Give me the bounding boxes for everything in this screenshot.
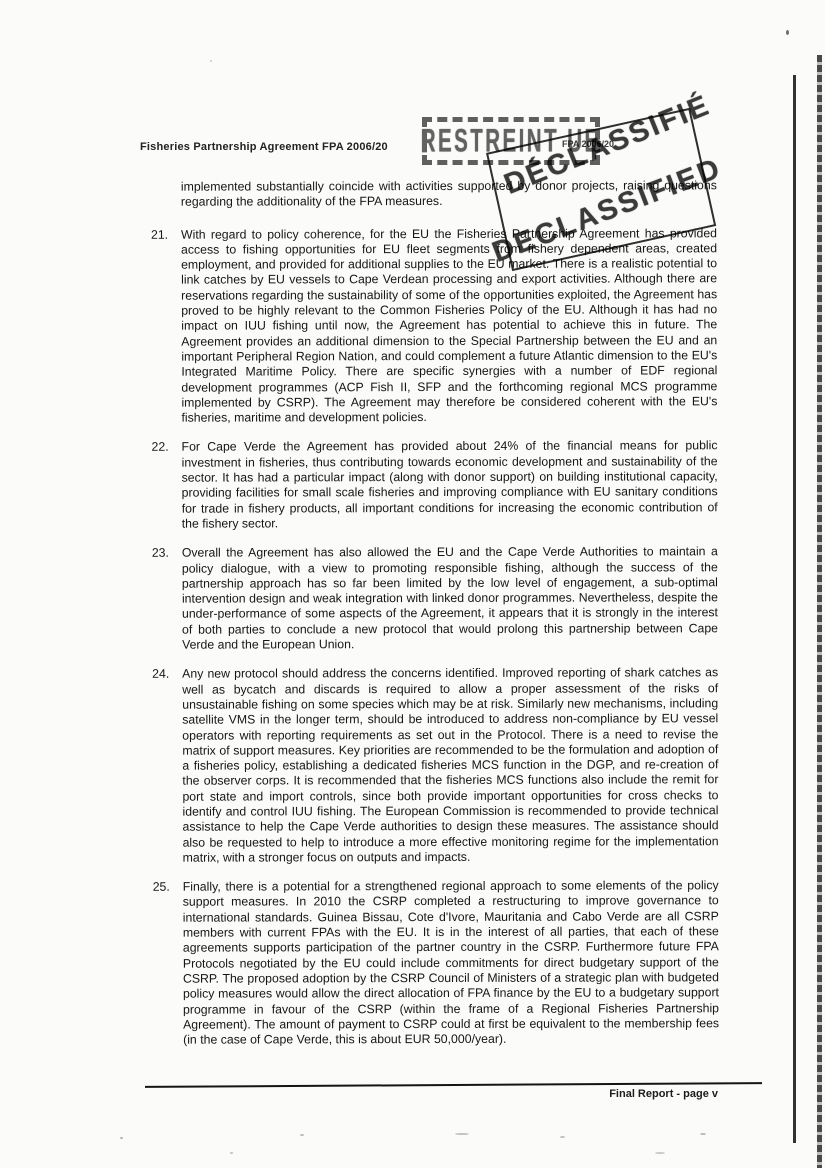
paragraph-21-number: 21. (151, 227, 182, 426)
paragraph-24-number: 24. (152, 667, 183, 866)
paragraph-23-number: 23. (152, 546, 182, 653)
scan-speckle (700, 1133, 706, 1135)
paragraph-25: 25. Finally, there is a potential for a … (153, 878, 719, 1048)
paragraph-22: 22. For Cape Verde the Agreement has pro… (152, 439, 718, 532)
scan-speckle (455, 1133, 469, 1135)
paragraph-23: 23. Overall the Agreement has also allow… (152, 544, 718, 653)
document-header-title: Fisheries Partnership Agreement FPA 2006… (140, 141, 388, 153)
scan-speckle (300, 1134, 304, 1136)
scan-artifact-vertical-line (793, 75, 796, 1143)
fpa-reference-stamp-text: FPA 2006/20 (562, 139, 614, 149)
paragraph-23-text: Overall the Agreement has also allowed t… (182, 544, 718, 652)
scan-speckle (120, 1137, 123, 1139)
paragraph-25-number: 25. (153, 880, 183, 1048)
paragraph-24: 24. Any new protocol should address the … (152, 666, 719, 866)
scan-speckle (786, 30, 789, 35)
footer-page-label: Final Report - page v (548, 1088, 718, 1100)
paragraph-22-number: 22. (152, 440, 182, 532)
scan-speckle (655, 1152, 665, 1154)
document-body: implemented substantially coincide with … (151, 178, 719, 1062)
paragraph-24-text: Any new protocol should address the conc… (182, 666, 719, 866)
document-page: Fisheries Partnership Agreement FPA 2006… (0, 0, 825, 1168)
paragraph-22-text: For Cape Verde the Agreement has provide… (182, 439, 718, 532)
scan-speckle (210, 60, 212, 62)
scan-artifact-page-edge (817, 55, 822, 1168)
scan-speckle (230, 1152, 233, 1154)
paragraph-21-text: With regard to policy coherence, for the… (181, 226, 718, 426)
scan-speckle (560, 1136, 565, 1138)
paragraph-21: 21. With regard to policy coherence, for… (151, 226, 718, 426)
paragraph-25-text: Finally, there is a potential for a stre… (183, 878, 719, 1048)
